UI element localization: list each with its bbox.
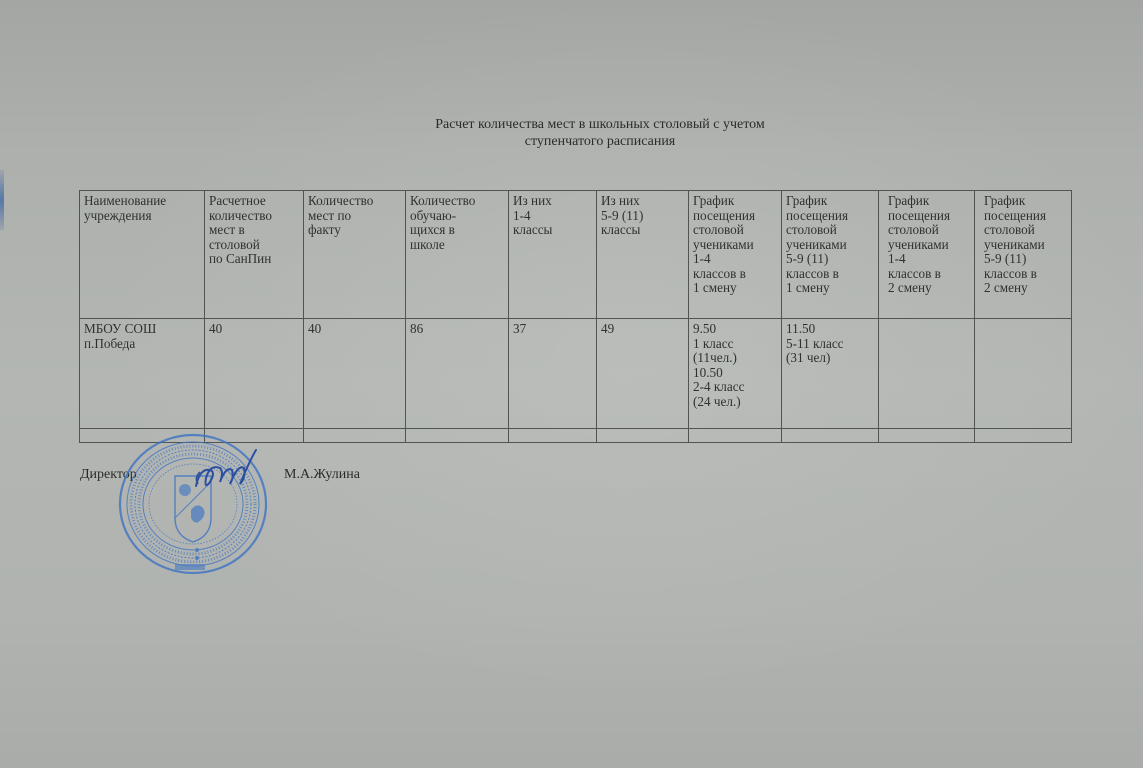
seating-calculation-table: НаименованиеучрежденияРасчетноеколичеств…	[79, 190, 1072, 443]
header-text-line: щихся в	[410, 223, 504, 238]
cell-text-line: 37	[513, 322, 592, 337]
table-cell	[879, 429, 975, 443]
header-text-line: столовой	[888, 223, 970, 238]
header-text-line: График	[693, 194, 777, 209]
header-text-line: классов в	[888, 267, 970, 282]
column-header: Наименованиеучреждения	[80, 191, 205, 319]
column-header: Графикпосещениястоловойучениками1-4класс…	[689, 191, 782, 319]
header-text-line: учениками	[888, 238, 970, 253]
header-text-line: классов в	[786, 267, 874, 282]
table-cell	[509, 429, 597, 443]
header-text-line: Количество	[410, 194, 504, 209]
header-text-line: учениками	[984, 238, 1067, 253]
header-text-line: классы	[601, 223, 684, 238]
table-cell	[597, 429, 689, 443]
header-text-line: Наименование	[84, 194, 200, 209]
cell-text-line: 86	[410, 322, 504, 337]
table-cell: 49	[597, 319, 689, 429]
header-text-line: столовой	[209, 238, 299, 253]
cell-text-line: (11чел.)	[693, 351, 777, 366]
column-header: Графикпосещениястоловойучениками5-9 (11)…	[975, 191, 1072, 319]
header-text-line: посещения	[786, 209, 874, 224]
column-header: Расчетноеколичествомест встоловойпо СанП…	[205, 191, 304, 319]
table-row: МБОУ СОШп.Победа40408637499.501 класс(11…	[80, 319, 1072, 429]
header-text-line: столовой	[984, 223, 1067, 238]
table-cell	[304, 429, 406, 443]
header-text-line: факту	[308, 223, 401, 238]
column-header: Графикпосещениястоловойучениками5-9 (11)…	[782, 191, 879, 319]
header-text-line: 5-9 (11)	[786, 252, 874, 267]
header-text-line: 2 смену	[984, 281, 1067, 296]
table-cell: 9.501 класс(11чел.)10.502-4 класс(24 чел…	[689, 319, 782, 429]
header-text-line: Расчетное	[209, 194, 299, 209]
table-cell	[689, 429, 782, 443]
cell-text-line: 5-11 класс	[786, 337, 874, 352]
cell-text-line: 11.50	[786, 322, 874, 337]
header-text-line: 5-9 (11)	[601, 209, 684, 224]
header-text-line: 1-4	[693, 252, 777, 267]
header-text-line: классов в	[984, 267, 1067, 282]
table-cell	[782, 429, 879, 443]
header-text-line: 1 смену	[693, 281, 777, 296]
cell-text-line: 10.50	[693, 366, 777, 381]
header-text-line: 1-4	[888, 252, 970, 267]
cell-text-line: 49	[601, 322, 684, 337]
table-header-row: НаименованиеучрежденияРасчетноеколичеств…	[80, 191, 1072, 319]
header-text-line: посещения	[693, 209, 777, 224]
header-text-line: посещения	[888, 209, 970, 224]
header-text-line: классов в	[693, 267, 777, 282]
header-text-line: школе	[410, 238, 504, 253]
header-text-line: классы	[513, 223, 592, 238]
header-text-line: Количество	[308, 194, 401, 209]
column-header: Количествомест пофакту	[304, 191, 406, 319]
column-header: Графикпосещениястоловойучениками1-4класс…	[879, 191, 975, 319]
table-cell: 37	[509, 319, 597, 429]
header-text-line: учениками	[693, 238, 777, 253]
photo-edge-artifact	[0, 170, 4, 230]
header-text-line: учениками	[786, 238, 874, 253]
header-text-line: Из них	[513, 194, 592, 209]
header-text-line: 1-4	[513, 209, 592, 224]
cell-text-line: (31 чел)	[786, 351, 874, 366]
column-header: Количествообучаю-щихся вшколе	[406, 191, 509, 319]
header-text-line: Из них	[601, 194, 684, 209]
header-text-line: 2 смену	[888, 281, 970, 296]
header-text-line: График	[786, 194, 874, 209]
header-text-line: по СанПин	[209, 252, 299, 267]
table-cell: 86	[406, 319, 509, 429]
cell-text-line: 40	[308, 322, 401, 337]
header-text-line: График	[888, 194, 970, 209]
header-text-line: 1 смену	[786, 281, 874, 296]
header-text-line: мест в	[209, 223, 299, 238]
table-cell: 40	[205, 319, 304, 429]
table-cell: МБОУ СОШп.Победа	[80, 319, 205, 429]
table-cell	[975, 319, 1072, 429]
header-text-line: столовой	[693, 223, 777, 238]
table-cell	[406, 429, 509, 443]
header-text-line: График	[984, 194, 1067, 209]
table-cell: 11.505-11 класс(31 чел)	[782, 319, 879, 429]
title-line-1: Расчет количества мест в школьных столов…	[370, 116, 830, 133]
cell-text-line: 1 класс	[693, 337, 777, 352]
title-line-2: ступенчатого расписания	[370, 133, 830, 150]
header-text-line: обучаю-	[410, 209, 504, 224]
header-text-line: посещения	[984, 209, 1067, 224]
column-header: Из них5-9 (11)классы	[597, 191, 689, 319]
header-text-line: учреждения	[84, 209, 200, 224]
table-cell	[975, 429, 1072, 443]
cell-text-line: МБОУ СОШ	[84, 322, 200, 337]
header-text-line: 5-9 (11)	[984, 252, 1067, 267]
cell-text-line: 40	[209, 322, 299, 337]
table-cell: 40	[304, 319, 406, 429]
document-title: Расчет количества мест в школьных столов…	[370, 116, 830, 150]
header-text-line: мест по	[308, 209, 401, 224]
cell-text-line: 2-4 класс	[693, 380, 777, 395]
header-text-line: столовой	[786, 223, 874, 238]
cell-text-line: (24 чел.)	[693, 395, 777, 410]
header-text-line: количество	[209, 209, 299, 224]
cell-text-line: п.Победа	[84, 337, 200, 352]
signatory-name: М.А.Жулина	[284, 467, 360, 483]
signature-icon	[188, 448, 268, 498]
cell-text-line: 9.50	[693, 322, 777, 337]
table-cell	[879, 319, 975, 429]
column-header: Из них1-4классы	[509, 191, 597, 319]
